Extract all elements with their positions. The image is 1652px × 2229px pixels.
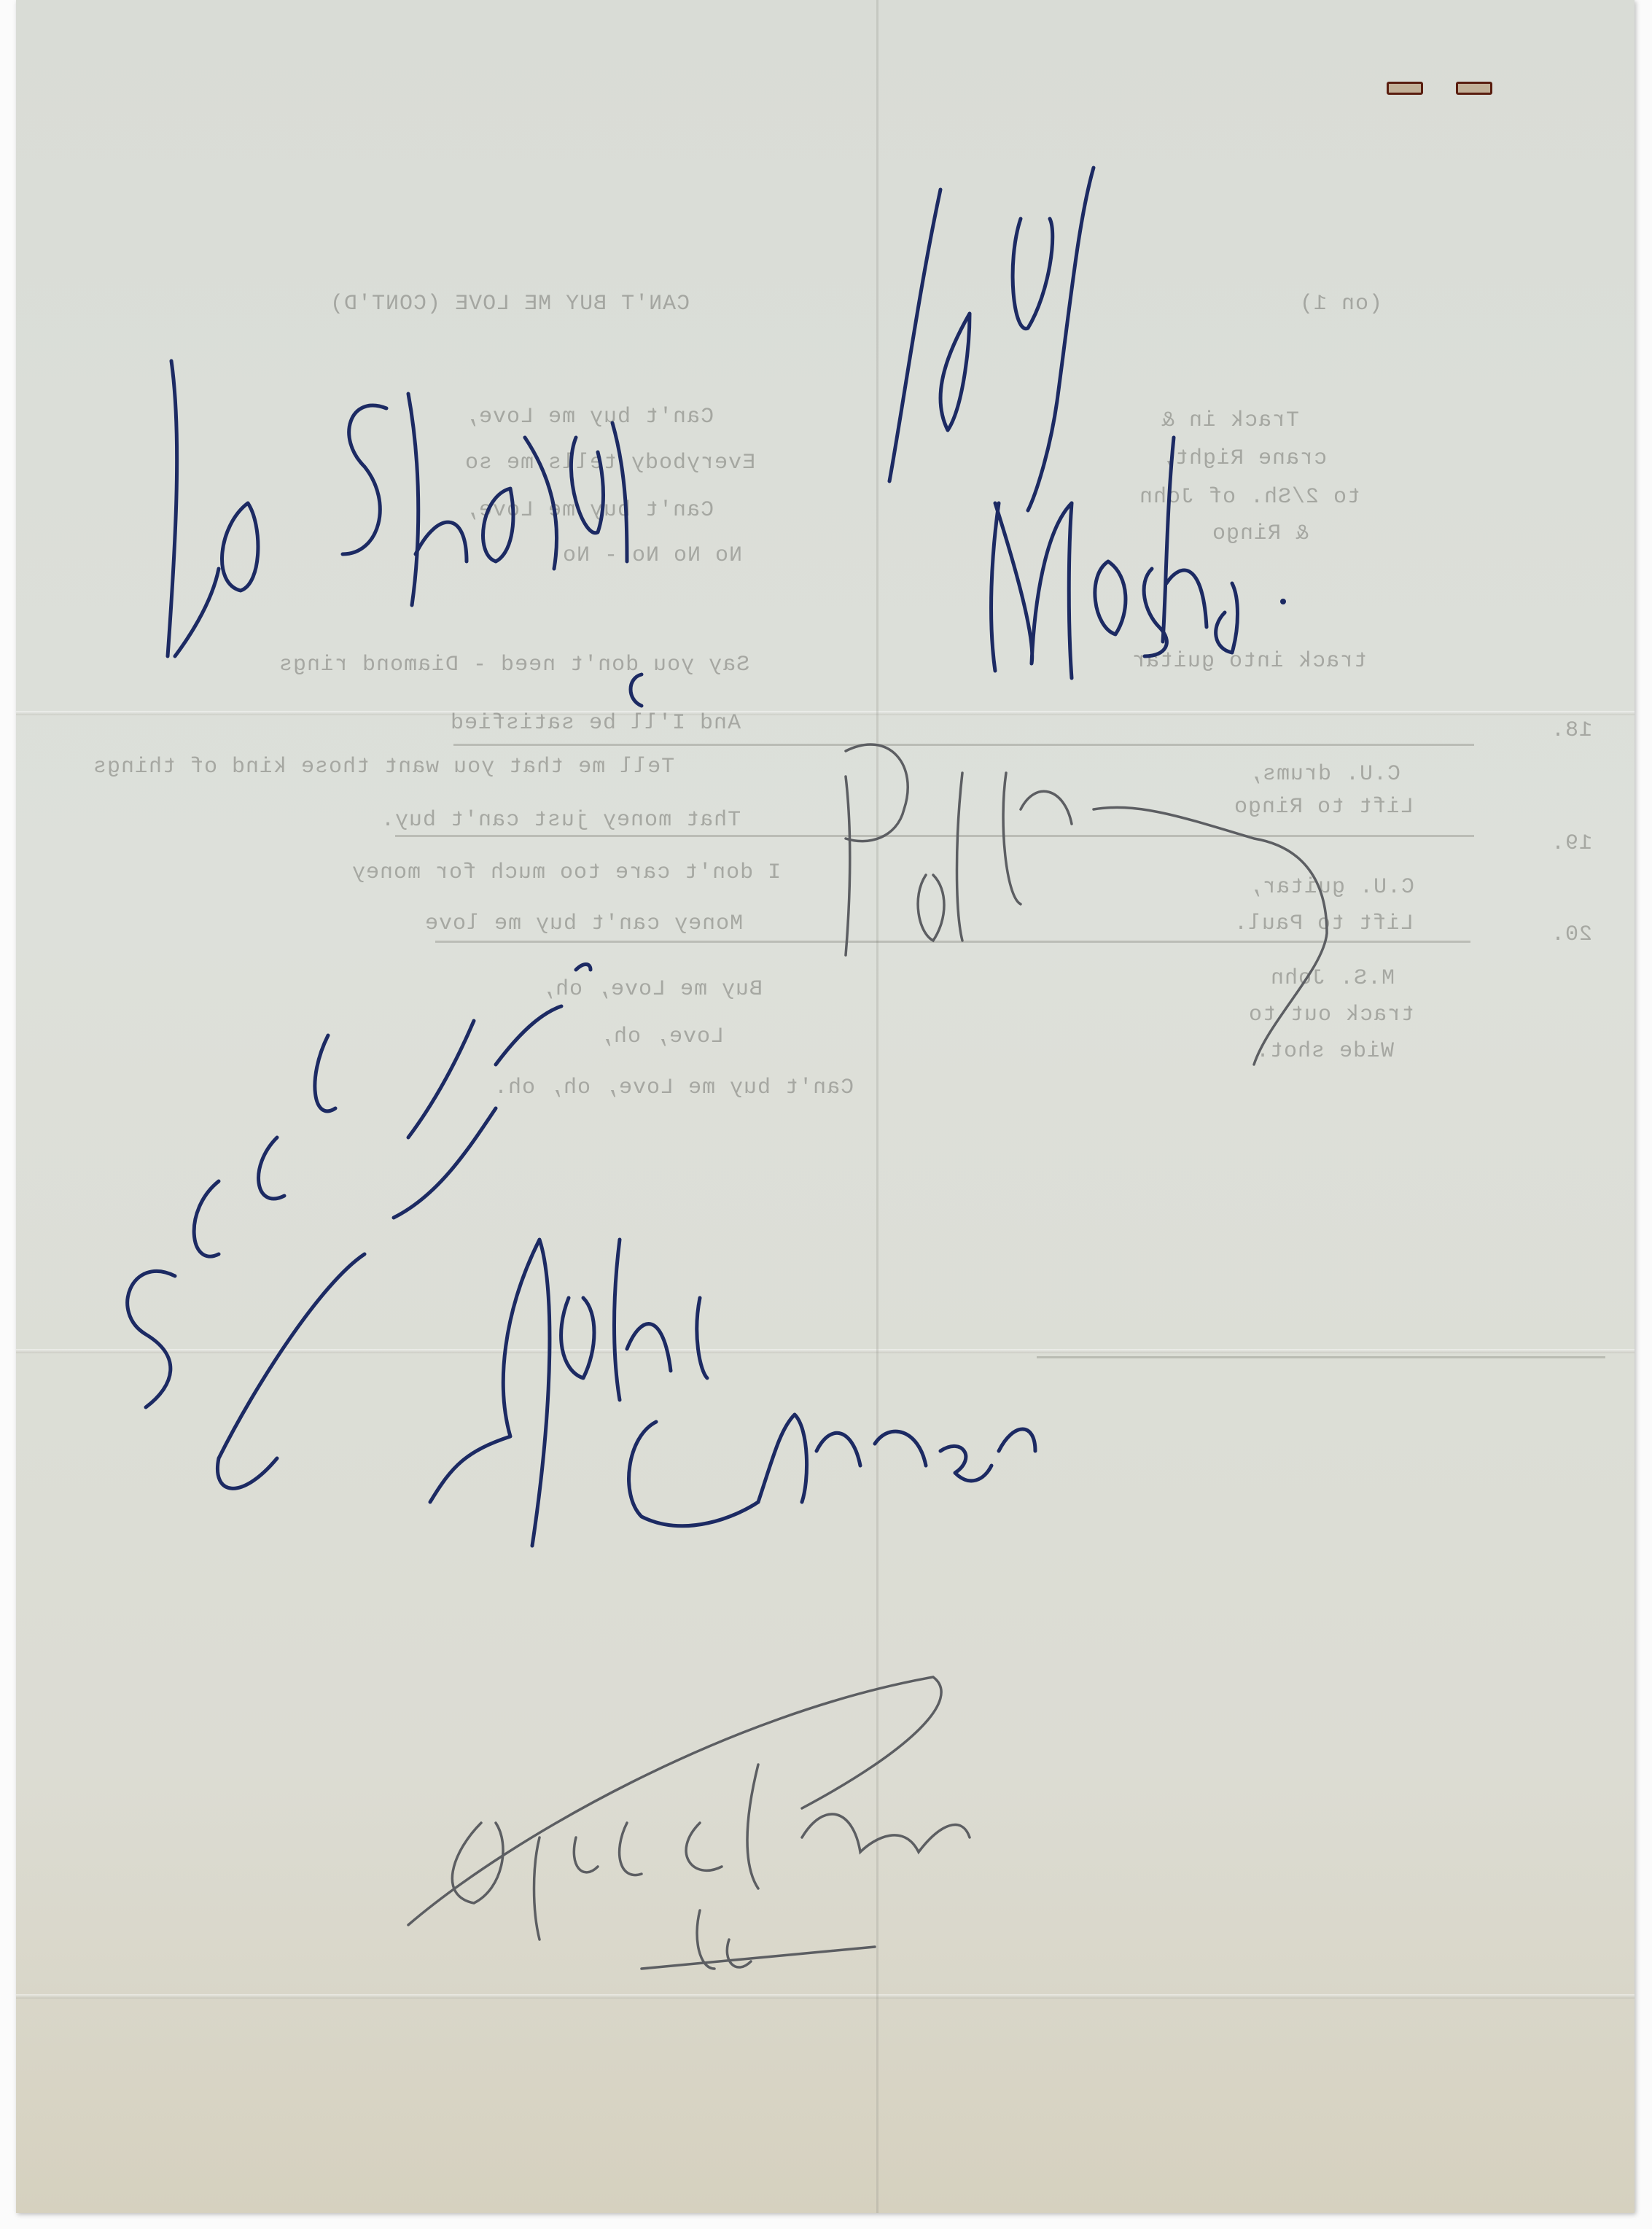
fold-line	[876, 0, 878, 2213]
lyric-line: Money can't buy me love	[424, 911, 743, 936]
shot-number: 19.	[1551, 831, 1592, 856]
shot-number: 20.	[1551, 922, 1592, 947]
direction-line: Track in &	[1161, 408, 1299, 433]
fold-line	[16, 1349, 1635, 1353]
lyric-line: Buy me Love, oh,	[541, 977, 763, 1002]
lyric-line: That money just can't buy.	[381, 808, 741, 833]
direction-line: & Ringo	[1212, 521, 1309, 546]
lyric-line: And I'll be satisfied	[450, 711, 741, 736]
lyric-line: Can't buy me Love, oh, oh.	[494, 1075, 854, 1100]
title-suffix: (CONT'D)	[330, 292, 440, 316]
script-title: CAN'T BUY ME LOVE (CONT'D)	[330, 292, 690, 316]
lyric-line: Everybody tells me so	[464, 451, 755, 475]
rule-line	[453, 744, 1474, 746]
rule-line	[1037, 1356, 1605, 1358]
lyric-line: No No No - No.	[548, 543, 742, 568]
fold-line	[16, 711, 1635, 715]
direction-line: Lift to Paul.	[1234, 911, 1414, 936]
lyric-line: Can't buy me Love,	[464, 405, 714, 429]
staple-mark	[1456, 82, 1492, 95]
direction-line: Lift to Ringo	[1234, 795, 1414, 820]
direction-line: track into guitar	[1131, 649, 1367, 674]
direction-line: Wide shot.	[1255, 1039, 1394, 1064]
direction-line: crane Right,	[1161, 446, 1327, 471]
title-text: CAN'T BUY ME LOVE	[454, 292, 690, 316]
fold-line	[16, 1994, 1635, 1999]
direction-line: M.S. John	[1270, 966, 1395, 991]
lyric-line: Say you don't need - Diamond rings	[278, 653, 749, 677]
rule-line	[435, 941, 1470, 943]
document-page: CAN'T BUY ME LOVE (CONT'D) (on 1) Can't …	[16, 0, 1635, 2213]
direction-line: track out to	[1248, 1003, 1414, 1027]
rule-line	[395, 835, 1474, 837]
direction-line: C.U. drums,	[1248, 762, 1400, 787]
shot-number: 18.	[1551, 718, 1592, 743]
lyric-line: Can't buy me Love,	[464, 498, 714, 523]
direction-line: C.U. guitar,	[1248, 875, 1414, 900]
staple-mark	[1387, 82, 1423, 95]
lyric-line: Love, oh,	[599, 1024, 724, 1049]
lyric-line: I don't care too much for money	[351, 860, 781, 885]
page-ref: (on 1)	[1299, 292, 1382, 316]
lyric-line: Tell me that you want those kind of thin…	[93, 755, 674, 779]
direction-line: to 2/Sh. of John	[1139, 485, 1360, 510]
